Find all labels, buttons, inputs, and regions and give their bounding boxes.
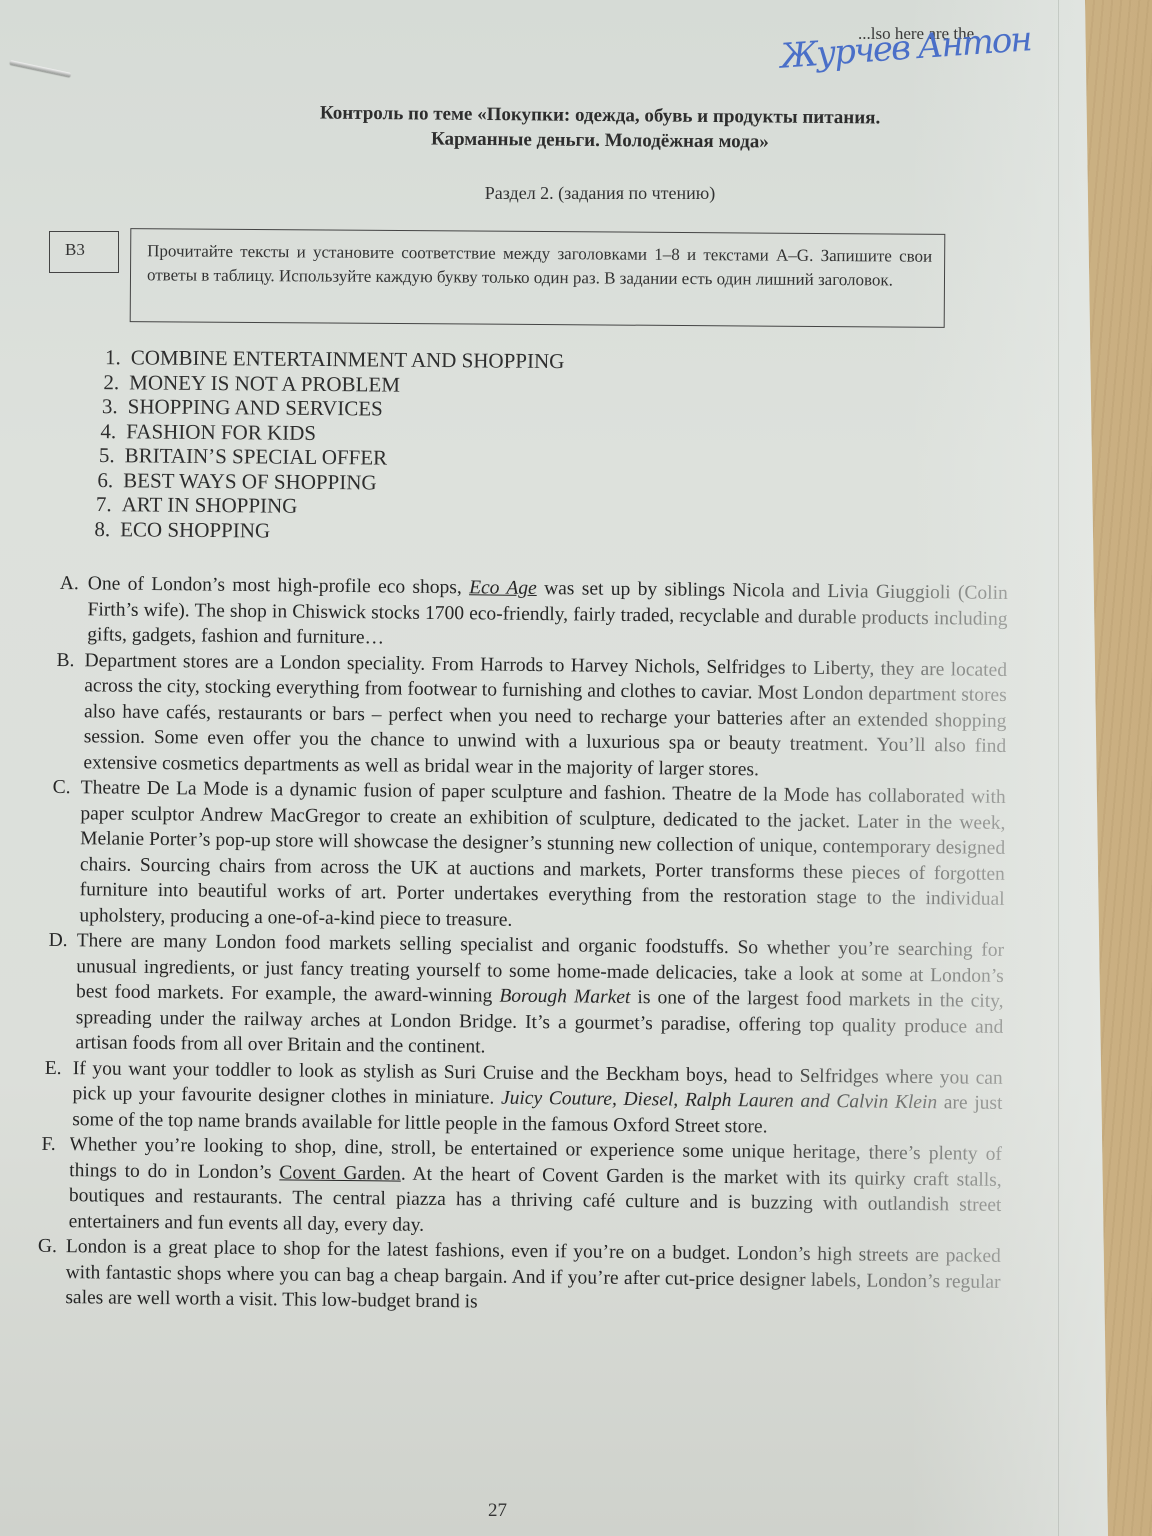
headings-list: 1.COMBINE ENTERTAINMENT AND SHOPPING2.MO… bbox=[79, 345, 564, 545]
paragraph-letter: D. bbox=[47, 928, 76, 1056]
paragraph-body: London is a great place to shop for the … bbox=[65, 1234, 1001, 1320]
task-instruction-box: Прочитайте тексты и установите соответст… bbox=[130, 228, 946, 328]
heading-number: 8. bbox=[70, 516, 110, 541]
paragraph-body: One of London’s most high-profile eco sh… bbox=[87, 571, 1008, 657]
text-paragraph: A.One of London’s most high-profile eco … bbox=[59, 571, 1008, 657]
text-paragraph: B.Department stores are a London special… bbox=[55, 647, 1007, 784]
paragraph-body: There are many London food markets selli… bbox=[75, 928, 1004, 1065]
text-paragraph: G.London is a great place to shop for th… bbox=[37, 1234, 1001, 1321]
heading-text: FASHION FOR KIDS bbox=[126, 419, 316, 445]
paragraph-body: Department stores are a London specialit… bbox=[83, 648, 1007, 785]
heading-text: SHOPPING AND SERVICES bbox=[128, 394, 383, 421]
paragraph-letter: E. bbox=[44, 1055, 73, 1132]
heading-number: 7. bbox=[72, 492, 112, 517]
document-title: Контроль по теме «Покупки: одежда, обувь… bbox=[160, 99, 1040, 157]
heading-number: 1. bbox=[81, 345, 121, 370]
page-number: 27 bbox=[488, 1500, 507, 1522]
heading-number: 3. bbox=[78, 394, 118, 419]
reading-texts: A.One of London’s most high-profile eco … bbox=[52, 571, 1008, 1320]
text-paragraph: F.Whether you’re looking to shop, dine, … bbox=[41, 1132, 1003, 1244]
heading-number: 2. bbox=[79, 369, 119, 394]
heading-text: ECO SHOPPING bbox=[120, 517, 270, 543]
paragraph-body: If you want your toddler to look as styl… bbox=[72, 1056, 1003, 1142]
heading-text: BRITAIN’S SPECIAL OFFER bbox=[125, 443, 388, 470]
heading-text: ART IN SHOPPING bbox=[122, 492, 298, 518]
paragraph-body: Whether you’re looking to shop, dine, st… bbox=[69, 1132, 1003, 1244]
text-paragraph: D.There are many London food markets sel… bbox=[47, 928, 1004, 1065]
heading-text: BEST WAYS OF SHOPPING bbox=[123, 468, 377, 495]
task-number-box: B3 bbox=[49, 231, 119, 273]
heading-item: 8.ECO SHOPPING bbox=[70, 516, 563, 545]
heading-text: MONEY IS NOT A PROBLEM bbox=[129, 370, 400, 397]
paragraph-letter: G. bbox=[37, 1234, 66, 1311]
heading-number: 4. bbox=[76, 418, 116, 443]
heading-text: COMBINE ENTERTAINMENT AND SHOPPING bbox=[131, 345, 565, 373]
paragraph-letter: F. bbox=[41, 1132, 70, 1234]
section-subtitle: Раздел 2. (задания по чтению) bbox=[160, 183, 1040, 204]
paragraph-body: Theatre De La Mode is a dynamic fusion o… bbox=[79, 775, 1006, 938]
paragraph-letter: B. bbox=[55, 647, 84, 775]
text-paragraph: E.If you want your toddler to look as st… bbox=[44, 1055, 1003, 1142]
page-fold-line bbox=[1058, 0, 1059, 1536]
heading-number: 6. bbox=[73, 467, 113, 492]
heading-number: 5. bbox=[75, 443, 115, 468]
text-paragraph: C.Theatre De La Mode is a dynamic fusion… bbox=[51, 775, 1006, 938]
paragraph-letter: A. bbox=[59, 571, 88, 648]
paragraph-letter: C. bbox=[51, 775, 81, 928]
